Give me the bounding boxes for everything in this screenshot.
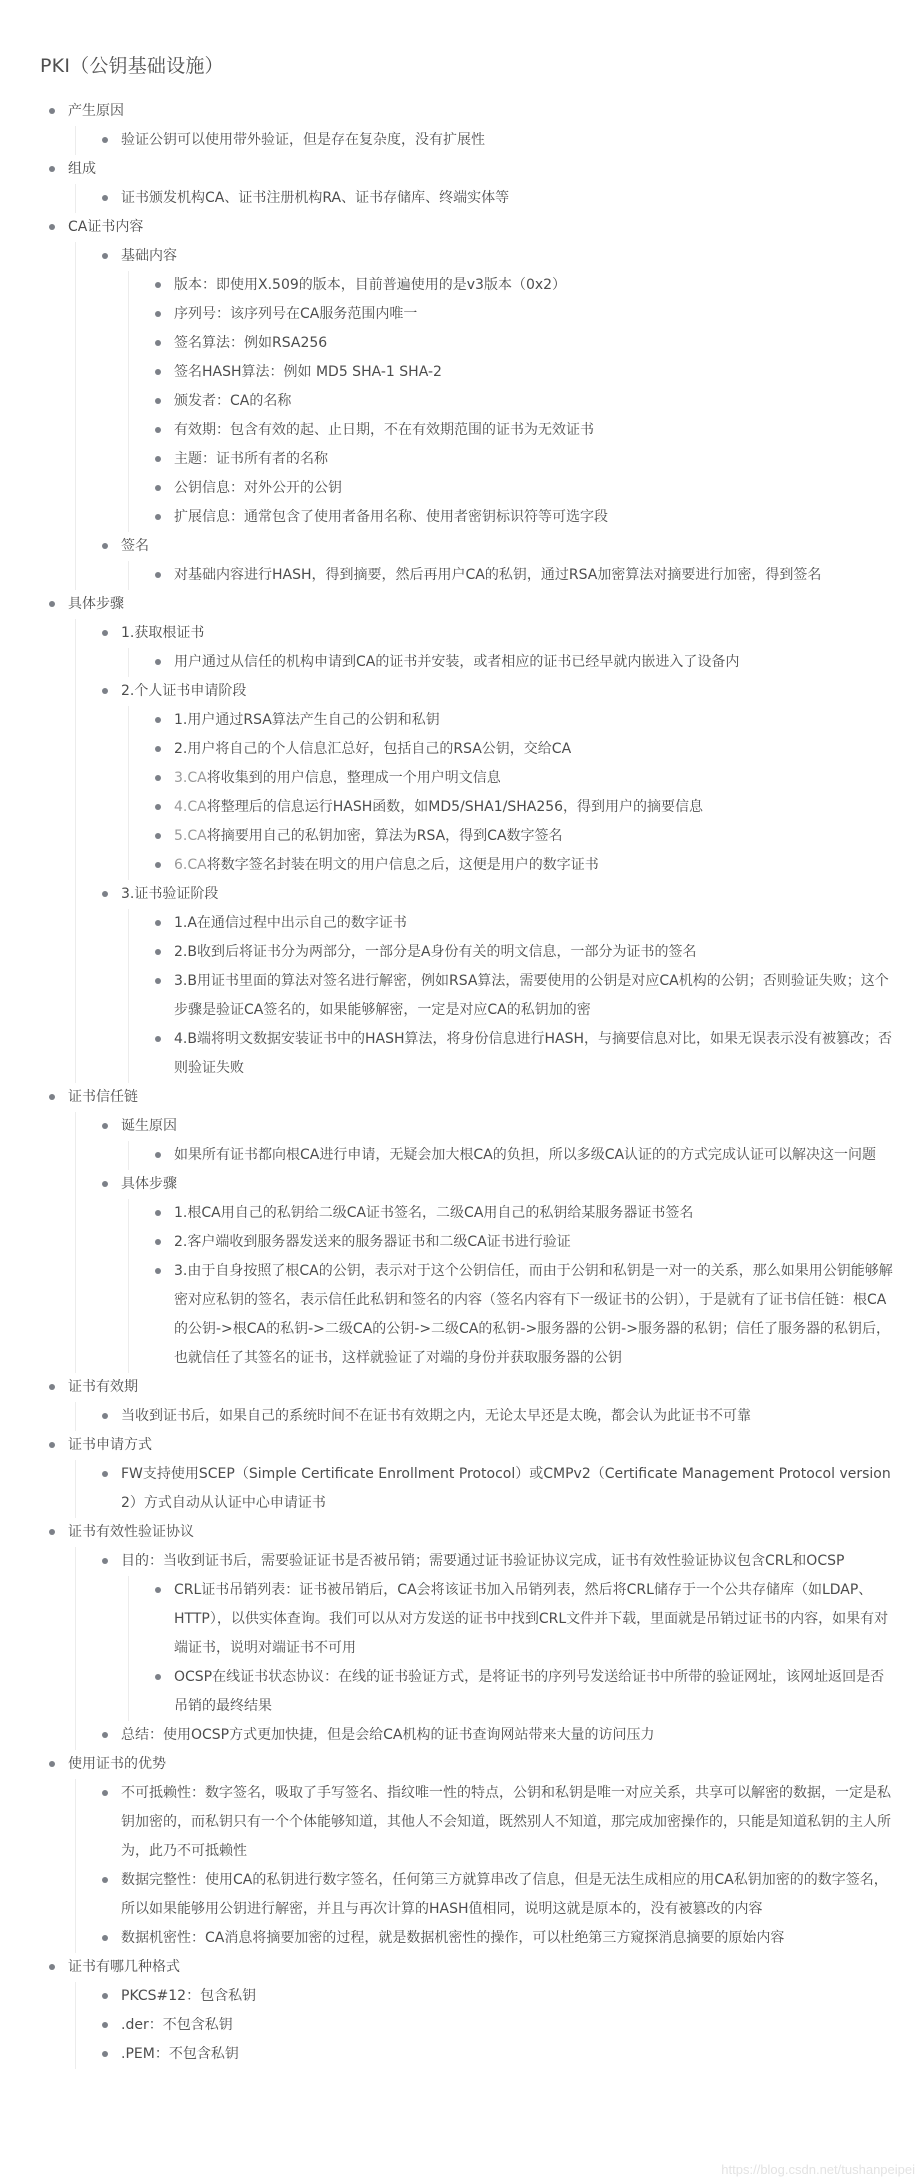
outline-subtopic: 不可抵赖性：数字签名，吸取了手写签名、指纹唯一性的特点，公钥和私钥是唯一对应关系… xyxy=(97,1779,900,1866)
topic-label: 1.根CA用自己的私钥给二级CA证书签名，二级CA用自己的私钥给某服务器证书签名 xyxy=(174,1205,693,1221)
outline-subtopic: 有效期：包含有效的起、止日期，不在有效期范围的证书为无效证书 xyxy=(150,416,900,445)
outline-subtopic: 5.CA将摘要用自己的私钥加密，算法为RSA，得到CA数字签名 xyxy=(150,822,900,851)
outline-subtopic: 2.B收到后将证书分为两部分，一部分是A身份有关的明文信息，一部分为证书的签名 xyxy=(150,938,900,967)
nested-list: FW支持使用SCEP（Simple Certificate Enrollment… xyxy=(75,1460,900,1518)
topic-text: 用户通过从信任的机构申请到CA的证书并安装，或者相应的证书已经早就内嵌进入了设备… xyxy=(174,648,900,677)
outline-subtopic: 诞生原因如果所有证书都向根CA进行申请，无疑会加大根CA的负担，所以多级CA认证… xyxy=(97,1112,900,1170)
outline-subtopic: 具体步骤1.根CA用自己的私钥给二级CA证书签名，二级CA用自己的私钥给某服务器… xyxy=(97,1170,900,1373)
topic-label: 目的：当收到证书后，需要验证证书是否被吊销；需要通过证书验证协议完成，证书有效性… xyxy=(121,1553,844,1569)
topic-label: 数据机密性：CA消息将摘要加密的过程，就是数据机密性的操作，可以杜绝第三方窥探消… xyxy=(121,1930,784,1946)
topic-text: OCSP在线证书状态协议：在线的证书验证方式，是将证书的序列号发送给证书中所带的… xyxy=(174,1663,900,1721)
topic-label: 2.用户将自己的个人信息汇总好，包括自己的RSA公钥，交给CA xyxy=(174,741,571,757)
topic-text: 总结：使用OCSP方式更加快捷，但是会给CA机构的证书查询网站带来大量的访问压力 xyxy=(121,1721,900,1750)
topic-label: 数据完整性：使用CA的私钥进行数字签名，任何第三方就算串改了信息，但是无法生成相… xyxy=(121,1872,888,1917)
bullet-dot-icon xyxy=(49,1384,55,1390)
topic-label: 3.证书验证阶段 xyxy=(121,886,218,902)
bullet-dot-icon xyxy=(49,224,55,230)
topic-label: 证书有哪几种格式 xyxy=(68,1959,180,1975)
bullet-dot-icon xyxy=(102,1181,108,1187)
topic-label: 1.用户通过RSA算法产生自己的公钥和私钥 xyxy=(174,712,440,728)
topic-text: 诞生原因 xyxy=(121,1112,900,1141)
topic-label: 诞生原因 xyxy=(121,1118,177,1134)
topic-text: 证书有效性验证协议 xyxy=(68,1518,900,1547)
topic-text: 1.根CA用自己的私钥给二级CA证书签名，二级CA用自己的私钥给某服务器证书签名 xyxy=(174,1199,900,1228)
topic-text: 3.证书验证阶段 xyxy=(121,880,900,909)
topic-label: 将整理后的信息运行HASH函数，如MD5/SHA1/SHA256，得到用户的摘要… xyxy=(207,799,703,815)
outline-subtopic: 3.证书验证阶段1.A在通信过程中出示自己的数字证书2.B收到后将证书分为两部分… xyxy=(97,880,900,1083)
topic-label: 证书申请方式 xyxy=(68,1437,152,1453)
bullet-dot-icon xyxy=(155,978,161,984)
outline-subtopic: 1.获取根证书用户通过从信任的机构申请到CA的证书并安装，或者相应的证书已经早就… xyxy=(97,619,900,677)
outline-subtopic: 2.客户端收到服务器发送来的服务器证书和二级CA证书进行验证 xyxy=(150,1228,900,1257)
outline-topic: 组成证书颁发机构CA、证书注册机构RA、证书存储库、终端实体等 xyxy=(44,155,900,213)
nested-list: PKCS#12：包含私钥.der：不包含私钥.PEM：不包含私钥 xyxy=(75,1982,900,2069)
bullet-dot-icon xyxy=(49,1529,55,1535)
bullet-dot-icon xyxy=(155,1674,161,1680)
topic-text: CRL证书吊销列表：证书被吊销后，CA会将该证书加入吊销列表，然后将CRL储存于… xyxy=(174,1576,900,1663)
bullet-dot-icon xyxy=(102,1123,108,1129)
outline-subtopic: 签名算法：例如RSA256 xyxy=(150,329,900,358)
outline-subtopic: 扩展信息：通常包含了使用者备用名称、使用者密钥标识符等可选字段 xyxy=(150,503,900,532)
topic-label: 使用证书的优势 xyxy=(68,1756,166,1772)
topic-label: CRL证书吊销列表：证书被吊销后，CA会将该证书加入吊销列表，然后将CRL储存于… xyxy=(174,1582,888,1656)
topic-label: .PEM：不包含私钥 xyxy=(121,2046,239,2062)
bullet-dot-icon xyxy=(155,572,161,578)
topic-label: .der：不包含私钥 xyxy=(121,2017,233,2033)
outline-subtopic: 基础内容版本：即使用X.509的版本，目前普遍使用的是v3版本（0x2）序列号：… xyxy=(97,242,900,532)
bullet-dot-icon xyxy=(102,1732,108,1738)
outline-subtopic: 签名对基础内容进行HASH，得到摘要，然后再用户CA的私钥，通过RSA加密算法对… xyxy=(97,532,900,590)
nested-list: 基础内容版本：即使用X.509的版本，目前普遍使用的是v3版本（0x2）序列号：… xyxy=(75,242,900,590)
topic-label: 证书信任链 xyxy=(68,1089,138,1105)
topic-text: FW支持使用SCEP（Simple Certificate Enrollment… xyxy=(121,1460,900,1518)
outline-subtopic: 4.CA将整理后的信息运行HASH函数，如MD5/SHA1/SHA256，得到用… xyxy=(150,793,900,822)
topic-text: 签名 xyxy=(121,532,900,561)
topic-text: 4.B端将明文数据安装证书中的HASH算法，将身份信息进行HASH，与摘要信息对… xyxy=(174,1025,900,1083)
outline-subtopic: FW支持使用SCEP（Simple Certificate Enrollment… xyxy=(97,1460,900,1518)
topic-prefix: 6.CA xyxy=(174,857,207,873)
topic-text: 颁发者：CA的名称 xyxy=(174,387,900,416)
topic-text: 产生原因 xyxy=(68,97,900,126)
topic-label: 当收到证书后，如果自己的系统时间不在证书有效期之内，无论太早还是太晚，都会认为此… xyxy=(121,1408,751,1424)
outline-subtopic: 3.B用证书里面的算法对签名进行解密，例如RSA算法，需要使用的公钥是对应CA机… xyxy=(150,967,900,1025)
topic-text: 不可抵赖性：数字签名，吸取了手写签名、指纹唯一性的特点，公钥和私钥是唯一对应关系… xyxy=(121,1779,900,1866)
bullet-dot-icon xyxy=(102,1558,108,1564)
topic-text: 扩展信息：通常包含了使用者备用名称、使用者密钥标识符等可选字段 xyxy=(174,503,900,532)
bullet-dot-icon xyxy=(155,427,161,433)
bullet-dot-icon xyxy=(155,398,161,404)
topic-label: CA证书内容 xyxy=(68,219,143,235)
topic-text: 主题：证书所有者的名称 xyxy=(174,445,900,474)
topic-label: OCSP在线证书状态协议：在线的证书验证方式，是将证书的序列号发送给证书中所带的… xyxy=(174,1669,884,1714)
outline-topic: 证书有哪几种格式PKCS#12：包含私钥.der：不包含私钥.PEM：不包含私钥 xyxy=(44,1953,900,2069)
outline-subtopic: 用户通过从信任的机构申请到CA的证书并安装，或者相应的证书已经早就内嵌进入了设备… xyxy=(150,648,900,677)
bullet-dot-icon xyxy=(49,1761,55,1767)
bullet-dot-icon xyxy=(155,311,161,317)
topic-text: 证书有效期 xyxy=(68,1373,900,1402)
topic-label: 1.A在通信过程中出示自己的数字证书 xyxy=(174,915,407,931)
topic-label: 基础内容 xyxy=(121,248,177,264)
bullet-dot-icon xyxy=(102,630,108,636)
outline-subtopic: 主题：证书所有者的名称 xyxy=(150,445,900,474)
topic-text: 签名算法：例如RSA256 xyxy=(174,329,900,358)
topic-label: 主题：证书所有者的名称 xyxy=(174,451,328,467)
topic-text: 使用证书的优势 xyxy=(68,1750,900,1779)
topic-text: 2.个人证书申请阶段 xyxy=(121,677,900,706)
topic-label: 签名算法：例如RSA256 xyxy=(174,335,327,351)
outline-tree: 产生原因验证公钥可以使用带外验证，但是存在复杂度，没有扩展性组成证书颁发机构CA… xyxy=(44,97,900,2069)
outline-subtopic: 2.个人证书申请阶段1.用户通过RSA算法产生自己的公钥和私钥2.用户将自己的个… xyxy=(97,677,900,880)
topic-label: 序列号：该序列号在CA服务范围内唯一 xyxy=(174,306,417,322)
bullet-dot-icon xyxy=(155,949,161,955)
nested-list: 版本：即使用X.509的版本，目前普遍使用的是v3版本（0x2）序列号：该序列号… xyxy=(128,271,900,532)
topic-text: 如果所有证书都向根CA进行申请，无疑会加大根CA的负担，所以多级CA认证的的方式… xyxy=(174,1141,900,1170)
outline-subtopic: 6.CA将数字签名封装在明文的用户信息之后，这便是用户的数字证书 xyxy=(150,851,900,880)
topic-text: 当收到证书后，如果自己的系统时间不在证书有效期之内，无论太早还是太晚，都会认为此… xyxy=(121,1402,900,1431)
outline-subtopic: 1.A在通信过程中出示自己的数字证书 xyxy=(150,909,900,938)
outline-subtopic: 1.用户通过RSA算法产生自己的公钥和私钥 xyxy=(150,706,900,735)
outline-subtopic: 证书颁发机构CA、证书注册机构RA、证书存储库、终端实体等 xyxy=(97,184,900,213)
topic-label: 如果所有证书都向根CA进行申请，无疑会加大根CA的负担，所以多级CA认证的的方式… xyxy=(174,1147,876,1163)
nested-list: 1.用户通过RSA算法产生自己的公钥和私钥2.用户将自己的个人信息汇总好，包括自… xyxy=(128,706,900,880)
topic-text: 证书申请方式 xyxy=(68,1431,900,1460)
topic-text: 1.获取根证书 xyxy=(121,619,900,648)
topic-text: CA证书内容 xyxy=(68,213,900,242)
bullet-dot-icon xyxy=(102,195,108,201)
bullet-dot-icon xyxy=(155,862,161,868)
outline-subtopic: 数据机密性：CA消息将摘要加密的过程，就是数据机密性的操作，可以杜绝第三方窥探消… xyxy=(97,1924,900,1953)
topic-label: 签名HASH算法：例如 MD5 SHA-1 SHA-2 xyxy=(174,364,442,380)
topic-text: 1.用户通过RSA算法产生自己的公钥和私钥 xyxy=(174,706,900,735)
nested-list: 用户通过从信任的机构申请到CA的证书并安装，或者相应的证书已经早就内嵌进入了设备… xyxy=(128,648,900,677)
nested-list: 当收到证书后，如果自己的系统时间不在证书有效期之内，无论太早还是太晚，都会认为此… xyxy=(75,1402,900,1431)
outline-topic: 证书有效期当收到证书后，如果自己的系统时间不在证书有效期之内，无论太早还是太晚，… xyxy=(44,1373,900,1431)
topic-text: 证书颁发机构CA、证书注册机构RA、证书存储库、终端实体等 xyxy=(121,184,900,213)
topic-text: PKCS#12：包含私钥 xyxy=(121,1982,900,2011)
topic-label: 对基础内容进行HASH，得到摘要，然后再用户CA的私钥，通过RSA加密算法对摘要… xyxy=(174,567,821,583)
topic-label: 2.客户端收到服务器发送来的服务器证书和二级CA证书进行验证 xyxy=(174,1234,571,1250)
bullet-dot-icon xyxy=(102,891,108,897)
nested-list: 对基础内容进行HASH，得到摘要，然后再用户CA的私钥，通过RSA加密算法对摘要… xyxy=(128,561,900,590)
outline-subtopic: 公钥信息：对外公开的公钥 xyxy=(150,474,900,503)
topic-label: 3.由于自身按照了根CA的公钥，表示对于这个公钥信任，而由于公钥和私钥是一对一的… xyxy=(174,1263,893,1366)
topic-text: 版本：即使用X.509的版本，目前普遍使用的是v3版本（0x2） xyxy=(174,271,900,300)
page-title: PKI（公钥基础设施） xyxy=(40,52,224,80)
bullet-dot-icon xyxy=(155,1239,161,1245)
nested-list: 不可抵赖性：数字签名，吸取了手写签名、指纹唯一性的特点，公钥和私钥是唯一对应关系… xyxy=(75,1779,900,1953)
bullet-dot-icon xyxy=(155,833,161,839)
nested-list: 如果所有证书都向根CA进行申请，无疑会加大根CA的负担，所以多级CA认证的的方式… xyxy=(128,1141,900,1170)
nested-list: 证书颁发机构CA、证书注册机构RA、证书存储库、终端实体等 xyxy=(75,184,900,213)
bullet-dot-icon xyxy=(102,253,108,259)
outline-subtopic: 4.B端将明文数据安装证书中的HASH算法，将身份信息进行HASH，与摘要信息对… xyxy=(150,1025,900,1083)
topic-text: 5.CA将摘要用自己的私钥加密，算法为RSA，得到CA数字签名 xyxy=(174,822,900,851)
outline-subtopic: 序列号：该序列号在CA服务范围内唯一 xyxy=(150,300,900,329)
topic-prefix: 4.CA xyxy=(174,799,207,815)
outline-subtopic: 目的：当收到证书后，需要验证证书是否被吊销；需要通过证书验证协议完成，证书有效性… xyxy=(97,1547,900,1721)
topic-text: 签名HASH算法：例如 MD5 SHA-1 SHA-2 xyxy=(174,358,900,387)
topic-text: 对基础内容进行HASH，得到摘要，然后再用户CA的私钥，通过RSA加密算法对摘要… xyxy=(174,561,900,590)
nested-list: 诞生原因如果所有证书都向根CA进行申请，无疑会加大根CA的负担，所以多级CA认证… xyxy=(75,1112,900,1373)
nested-list: 1.根CA用自己的私钥给二级CA证书签名，二级CA用自己的私钥给某服务器证书签名… xyxy=(128,1199,900,1373)
topic-text: .der：不包含私钥 xyxy=(121,2011,900,2040)
outline-subtopic: 2.用户将自己的个人信息汇总好，包括自己的RSA公钥，交给CA xyxy=(150,735,900,764)
outline-subtopic: .PEM：不包含私钥 xyxy=(97,2040,900,2069)
topic-text: 公钥信息：对外公开的公钥 xyxy=(174,474,900,503)
topic-text: 证书有哪几种格式 xyxy=(68,1953,900,1982)
bullet-dot-icon xyxy=(155,746,161,752)
outline-subtopic: 验证公钥可以使用带外验证，但是存在复杂度，没有扩展性 xyxy=(97,126,900,155)
outline-subtopic: 版本：即使用X.509的版本，目前普遍使用的是v3版本（0x2） xyxy=(150,271,900,300)
bullet-dot-icon xyxy=(102,1413,108,1419)
topic-text: 组成 xyxy=(68,155,900,184)
bullet-dot-icon xyxy=(155,920,161,926)
bullet-dot-icon xyxy=(155,775,161,781)
topic-label: 2.B收到后将证书分为两部分，一部分是A身份有关的明文信息，一部分为证书的签名 xyxy=(174,944,697,960)
topic-label: 产生原因 xyxy=(68,103,124,119)
topic-text: 目的：当收到证书后，需要验证证书是否被吊销；需要通过证书验证协议完成，证书有效性… xyxy=(121,1547,900,1576)
outline-topic: 证书信任链诞生原因如果所有证书都向根CA进行申请，无疑会加大根CA的负担，所以多… xyxy=(44,1083,900,1373)
outline-subtopic: 颁发者：CA的名称 xyxy=(150,387,900,416)
outline-topic: 具体步骤1.获取根证书用户通过从信任的机构申请到CA的证书并安装，或者相应的证书… xyxy=(44,590,900,1083)
bullet-dot-icon xyxy=(102,1471,108,1477)
bullet-dot-icon xyxy=(155,804,161,810)
bullet-dot-icon xyxy=(155,282,161,288)
bullet-dot-icon xyxy=(102,137,108,143)
bullet-dot-icon xyxy=(155,514,161,520)
nested-list: 验证公钥可以使用带外验证，但是存在复杂度，没有扩展性 xyxy=(75,126,900,155)
topic-label: 用户通过从信任的机构申请到CA的证书并安装，或者相应的证书已经早就内嵌进入了设备… xyxy=(174,654,739,670)
outline-subtopic: 3.由于自身按照了根CA的公钥，表示对于这个公钥信任，而由于公钥和私钥是一对一的… xyxy=(150,1257,900,1373)
outline-topic: CA证书内容基础内容版本：即使用X.509的版本，目前普遍使用的是v3版本（0x… xyxy=(44,213,900,590)
topic-label: 总结：使用OCSP方式更加快捷，但是会给CA机构的证书查询网站带来大量的访问压力 xyxy=(121,1727,654,1743)
topic-label: 3.B用证书里面的算法对签名进行解密，例如RSA算法，需要使用的公钥是对应CA机… xyxy=(174,973,889,1018)
nested-list: CRL证书吊销列表：证书被吊销后，CA会将该证书加入吊销列表，然后将CRL储存于… xyxy=(128,1576,900,1721)
topic-prefix: 3.CA xyxy=(174,770,207,786)
topic-text: 证书信任链 xyxy=(68,1083,900,1112)
topic-label: 1.获取根证书 xyxy=(121,625,204,641)
topic-text: 2.客户端收到服务器发送来的服务器证书和二级CA证书进行验证 xyxy=(174,1228,900,1257)
outline-subtopic: 对基础内容进行HASH，得到摘要，然后再用户CA的私钥，通过RSA加密算法对摘要… xyxy=(150,561,900,590)
bullet-dot-icon xyxy=(155,717,161,723)
outline-topic: 使用证书的优势不可抵赖性：数字签名，吸取了手写签名、指纹唯一性的特点，公钥和私钥… xyxy=(44,1750,900,1953)
topic-label: 颁发者：CA的名称 xyxy=(174,393,291,409)
bullet-dot-icon xyxy=(155,659,161,665)
topic-text: 3.由于自身按照了根CA的公钥，表示对于这个公钥信任，而由于公钥和私钥是一对一的… xyxy=(174,1257,900,1373)
topic-label: 扩展信息：通常包含了使用者备用名称、使用者密钥标识符等可选字段 xyxy=(174,509,608,525)
topic-text: 基础内容 xyxy=(121,242,900,271)
topic-text: 数据完整性：使用CA的私钥进行数字签名，任何第三方就算串改了信息，但是无法生成相… xyxy=(121,1866,900,1924)
outline-subtopic: 总结：使用OCSP方式更加快捷，但是会给CA机构的证书查询网站带来大量的访问压力 xyxy=(97,1721,900,1750)
bullet-dot-icon xyxy=(102,2051,108,2057)
nested-list: 目的：当收到证书后，需要验证证书是否被吊销；需要通过证书验证协议完成，证书有效性… xyxy=(75,1547,900,1750)
outline-topic: 证书申请方式FW支持使用SCEP（Simple Certificate Enro… xyxy=(44,1431,900,1518)
topic-label: 组成 xyxy=(68,161,96,177)
topic-text: 数据机密性：CA消息将摘要加密的过程，就是数据机密性的操作，可以杜绝第三方窥探消… xyxy=(121,1924,900,1953)
topic-label: 不可抵赖性：数字签名，吸取了手写签名、指纹唯一性的特点，公钥和私钥是唯一对应关系… xyxy=(121,1785,891,1859)
bullet-dot-icon xyxy=(49,1442,55,1448)
topic-text: 1.A在通信过程中出示自己的数字证书 xyxy=(174,909,900,938)
bullet-dot-icon xyxy=(102,1877,108,1883)
nested-list: 1.A在通信过程中出示自己的数字证书2.B收到后将证书分为两部分，一部分是A身份… xyxy=(128,909,900,1083)
bullet-dot-icon xyxy=(49,166,55,172)
bullet-dot-icon xyxy=(102,1790,108,1796)
outline-subtopic: 签名HASH算法：例如 MD5 SHA-1 SHA-2 xyxy=(150,358,900,387)
topic-text: 2.B收到后将证书分为两部分，一部分是A身份有关的明文信息，一部分为证书的签名 xyxy=(174,938,900,967)
topic-label: PKCS#12：包含私钥 xyxy=(121,1988,256,2004)
topic-label: 具体步骤 xyxy=(121,1176,177,1192)
bullet-dot-icon xyxy=(102,2022,108,2028)
watermark: https://blog.csdn.net/tushanpeipei xyxy=(721,2162,915,2177)
topic-label: 验证公钥可以使用带外验证，但是存在复杂度，没有扩展性 xyxy=(121,132,485,148)
outline-subtopic: 3.CA将收集到的用户信息，整理成一个用户明文信息 xyxy=(150,764,900,793)
topic-prefix: 5.CA xyxy=(174,828,207,844)
topic-label: 证书有效期 xyxy=(68,1379,138,1395)
topic-text: 6.CA将数字签名封装在明文的用户信息之后，这便是用户的数字证书 xyxy=(174,851,900,880)
topic-label: 公钥信息：对外公开的公钥 xyxy=(174,480,342,496)
topic-text: 具体步骤 xyxy=(121,1170,900,1199)
nested-list: 1.获取根证书用户通过从信任的机构申请到CA的证书并安装，或者相应的证书已经早就… xyxy=(75,619,900,1083)
bullet-dot-icon xyxy=(155,369,161,375)
bullet-dot-icon xyxy=(49,601,55,607)
bullet-dot-icon xyxy=(102,1993,108,1999)
outline-subtopic: OCSP在线证书状态协议：在线的证书验证方式，是将证书的序列号发送给证书中所带的… xyxy=(150,1663,900,1721)
outline-subtopic: .der：不包含私钥 xyxy=(97,2011,900,2040)
bullet-dot-icon xyxy=(102,688,108,694)
bullet-dot-icon xyxy=(155,1268,161,1274)
topic-label: 具体步骤 xyxy=(68,596,124,612)
topic-text: 2.用户将自己的个人信息汇总好，包括自己的RSA公钥，交给CA xyxy=(174,735,900,764)
bullet-dot-icon xyxy=(49,1094,55,1100)
outline-topic: 产生原因验证公钥可以使用带外验证，但是存在复杂度，没有扩展性 xyxy=(44,97,900,155)
topic-label: 2.个人证书申请阶段 xyxy=(121,683,246,699)
topic-text: 验证公钥可以使用带外验证，但是存在复杂度，没有扩展性 xyxy=(121,126,900,155)
topic-text: 3.CA将收集到的用户信息，整理成一个用户明文信息 xyxy=(174,764,900,793)
topic-label: 将摘要用自己的私钥加密，算法为RSA，得到CA数字签名 xyxy=(207,828,563,844)
outline-subtopic: 1.根CA用自己的私钥给二级CA证书签名，二级CA用自己的私钥给某服务器证书签名 xyxy=(150,1199,900,1228)
outline-subtopic: CRL证书吊销列表：证书被吊销后，CA会将该证书加入吊销列表，然后将CRL储存于… xyxy=(150,1576,900,1663)
outline-subtopic: PKCS#12：包含私钥 xyxy=(97,1982,900,2011)
topic-label: 4.B端将明文数据安装证书中的HASH算法，将身份信息进行HASH，与摘要信息对… xyxy=(174,1031,892,1076)
bullet-dot-icon xyxy=(155,1587,161,1593)
bullet-dot-icon xyxy=(102,1935,108,1941)
bullet-dot-icon xyxy=(155,1036,161,1042)
bullet-dot-icon xyxy=(155,340,161,346)
bullet-dot-icon xyxy=(155,485,161,491)
topic-label: 签名 xyxy=(121,538,149,554)
outline-subtopic: 如果所有证书都向根CA进行申请，无疑会加大根CA的负担，所以多级CA认证的的方式… xyxy=(150,1141,900,1170)
bullet-dot-icon xyxy=(155,1210,161,1216)
bullet-dot-icon xyxy=(102,543,108,549)
topic-text: 有效期：包含有效的起、止日期，不在有效期范围的证书为无效证书 xyxy=(174,416,900,445)
topic-text: 4.CA将整理后的信息运行HASH函数，如MD5/SHA1/SHA256，得到用… xyxy=(174,793,900,822)
topic-label: 将收集到的用户信息，整理成一个用户明文信息 xyxy=(207,770,501,786)
outline-subtopic: 数据完整性：使用CA的私钥进行数字签名，任何第三方就算串改了信息，但是无法生成相… xyxy=(97,1866,900,1924)
topic-label: FW支持使用SCEP（Simple Certificate Enrollment… xyxy=(121,1466,891,1511)
topic-text: 序列号：该序列号在CA服务范围内唯一 xyxy=(174,300,900,329)
topic-label: 版本：即使用X.509的版本，目前普遍使用的是v3版本（0x2） xyxy=(174,277,566,293)
bullet-dot-icon xyxy=(49,1964,55,1970)
topic-label: 证书有效性验证协议 xyxy=(68,1524,194,1540)
topic-label: 有效期：包含有效的起、止日期，不在有效期范围的证书为无效证书 xyxy=(174,422,594,438)
bullet-dot-icon xyxy=(49,108,55,114)
topic-label: 将数字签名封装在明文的用户信息之后，这便是用户的数字证书 xyxy=(207,857,599,873)
outline-subtopic: 当收到证书后，如果自己的系统时间不在证书有效期之内，无论太早还是太晚，都会认为此… xyxy=(97,1402,900,1431)
outline-topic: 证书有效性验证协议目的：当收到证书后，需要验证证书是否被吊销；需要通过证书验证协… xyxy=(44,1518,900,1750)
bullet-dot-icon xyxy=(155,456,161,462)
topic-text: 具体步骤 xyxy=(68,590,900,619)
topic-label: 证书颁发机构CA、证书注册机构RA、证书存储库、终端实体等 xyxy=(121,190,509,206)
bullet-dot-icon xyxy=(155,1152,161,1158)
topic-text: .PEM：不包含私钥 xyxy=(121,2040,900,2069)
topic-text: 3.B用证书里面的算法对签名进行解密，例如RSA算法，需要使用的公钥是对应CA机… xyxy=(174,967,900,1025)
